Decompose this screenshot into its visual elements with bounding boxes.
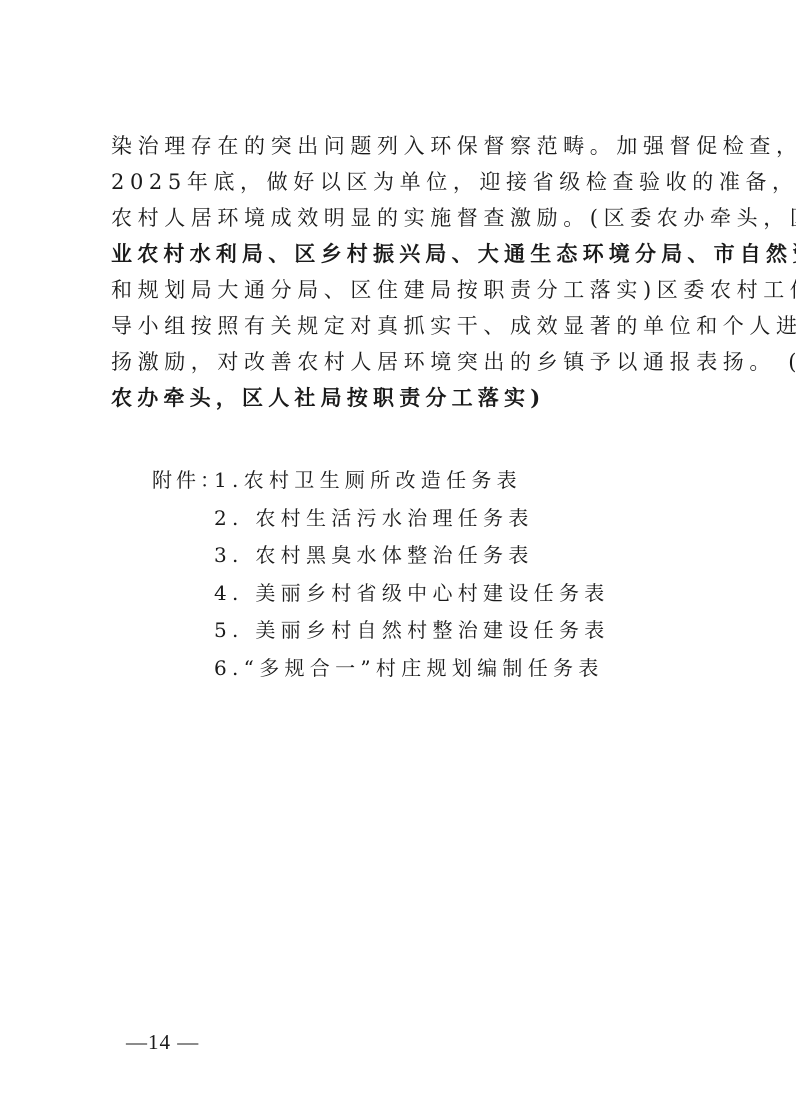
attachment-row: 6.“多规合一”村庄规划编制任务表: [152, 650, 610, 688]
document-page: 染治理存在的突出问题列入环保督察范畴。加强督促检查，到 2025年底，做好以区为…: [0, 0, 796, 1112]
attachment-item: 6.“多规合一”村庄规划编制任务表: [214, 650, 604, 688]
body-line: 染治理存在的突出问题列入环保督察范畴。加强督促检查，到: [111, 128, 695, 164]
attachments-label: 附件：: [152, 462, 214, 500]
attachment-row: 3. 农村黑臭水体整治任务表: [152, 537, 610, 575]
body-line: 2025年底，做好以区为单位，迎接省级检查验收的准备，对改善: [111, 164, 695, 200]
body-line: 和规划局大通分局、区住建局按职责分工落实)区委农村工作领: [111, 272, 695, 308]
attachment-item: 3. 农村黑臭水体整治任务表: [214, 537, 534, 575]
attachment-item: 1.农村卫生厕所改造任务表: [214, 462, 522, 500]
body-paragraph: 染治理存在的突出问题列入环保督察范畴。加强督促检查，到 2025年底，做好以区为…: [111, 128, 695, 416]
attachment-item: 4. 美丽乡村省级中心村建设任务表: [214, 575, 610, 613]
attachment-row: 2. 农村生活污水治理任务表: [152, 500, 610, 538]
body-line: 扬激励，对改善农村人居环境突出的乡镇予以通报表扬。 (区委: [111, 344, 695, 380]
attachments-list: 附件：1.农村卫生厕所改造任务表 2. 农村生活污水治理任务表 3. 农村黑臭水…: [152, 462, 610, 687]
attachment-row: 5. 美丽乡村自然村整治建设任务表: [152, 612, 610, 650]
attachment-row: 4. 美丽乡村省级中心村建设任务表: [152, 575, 610, 613]
body-line: 农办牵头，区人社局按职责分工落实): [111, 380, 695, 416]
page-number: —14 —: [126, 1030, 199, 1055]
body-line: 农村人居环境成效明显的实施督查激励。(区委农办牵头，区农: [111, 200, 695, 236]
attachment-item: 5. 美丽乡村自然村整治建设任务表: [214, 612, 610, 650]
attachment-row: 附件：1.农村卫生厕所改造任务表: [152, 462, 610, 500]
body-line: 业农村水利局、区乡村振兴局、大通生态环境分局、市自然资源: [111, 236, 695, 272]
attachment-item: 2. 农村生活污水治理任务表: [214, 500, 534, 538]
body-line: 导小组按照有关规定对真抓实干、成效显著的单位和个人进行褒: [111, 308, 695, 344]
